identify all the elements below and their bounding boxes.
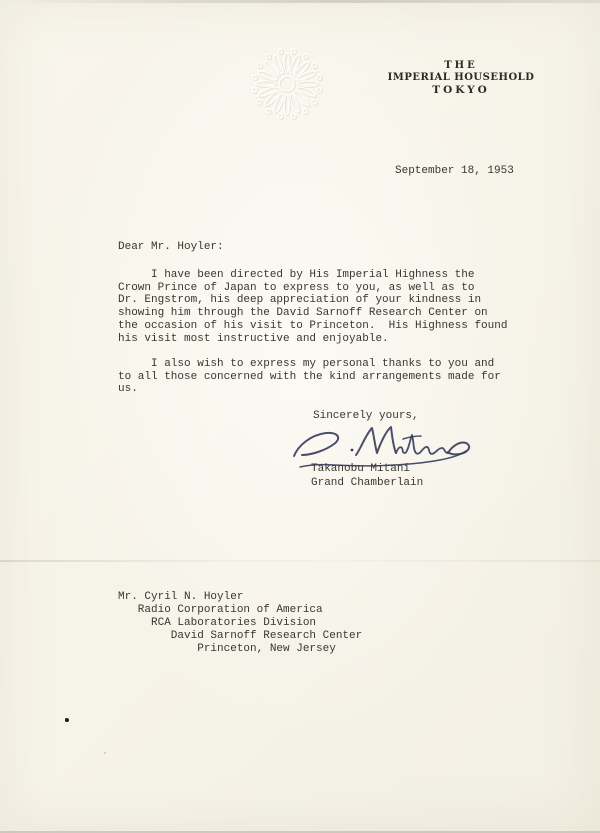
ink-speck-faint — [104, 752, 106, 754]
signer-title: Grand Chamberlain — [311, 477, 423, 490]
body-paragraph-2: I also wish to express my personal thank… — [118, 358, 501, 396]
ink-speck — [65, 718, 69, 722]
letterhead: THE IMPERIAL HOUSEHOLD TOKYO — [383, 60, 539, 96]
letterhead-line-tokyo: TOKYO — [383, 84, 539, 96]
body-paragraph-1: I have been directed by His Imperial Hig… — [118, 269, 507, 345]
letterhead-line-imperial-household: IMPERIAL HOUSEHOLD — [383, 72, 539, 84]
recipient-address-block: Mr. Cyril N. Hoyler Radio Corporation of… — [118, 591, 362, 656]
fold-crease — [0, 560, 600, 562]
date-line: September 18, 1953 — [395, 165, 514, 178]
letter-page: THE IMPERIAL HOUSEHOLD TOKYO September 1… — [0, 0, 600, 833]
signer-typed-name: Takanobu Mitani — [311, 463, 410, 476]
chrysanthemum-seal-icon — [245, 44, 329, 126]
scan-edge-top — [0, 0, 600, 3]
closing-line: Sincerely yours, — [313, 410, 419, 423]
letterhead-line-the: THE — [383, 60, 539, 72]
salutation: Dear Mr. Hoyler: — [118, 241, 224, 254]
